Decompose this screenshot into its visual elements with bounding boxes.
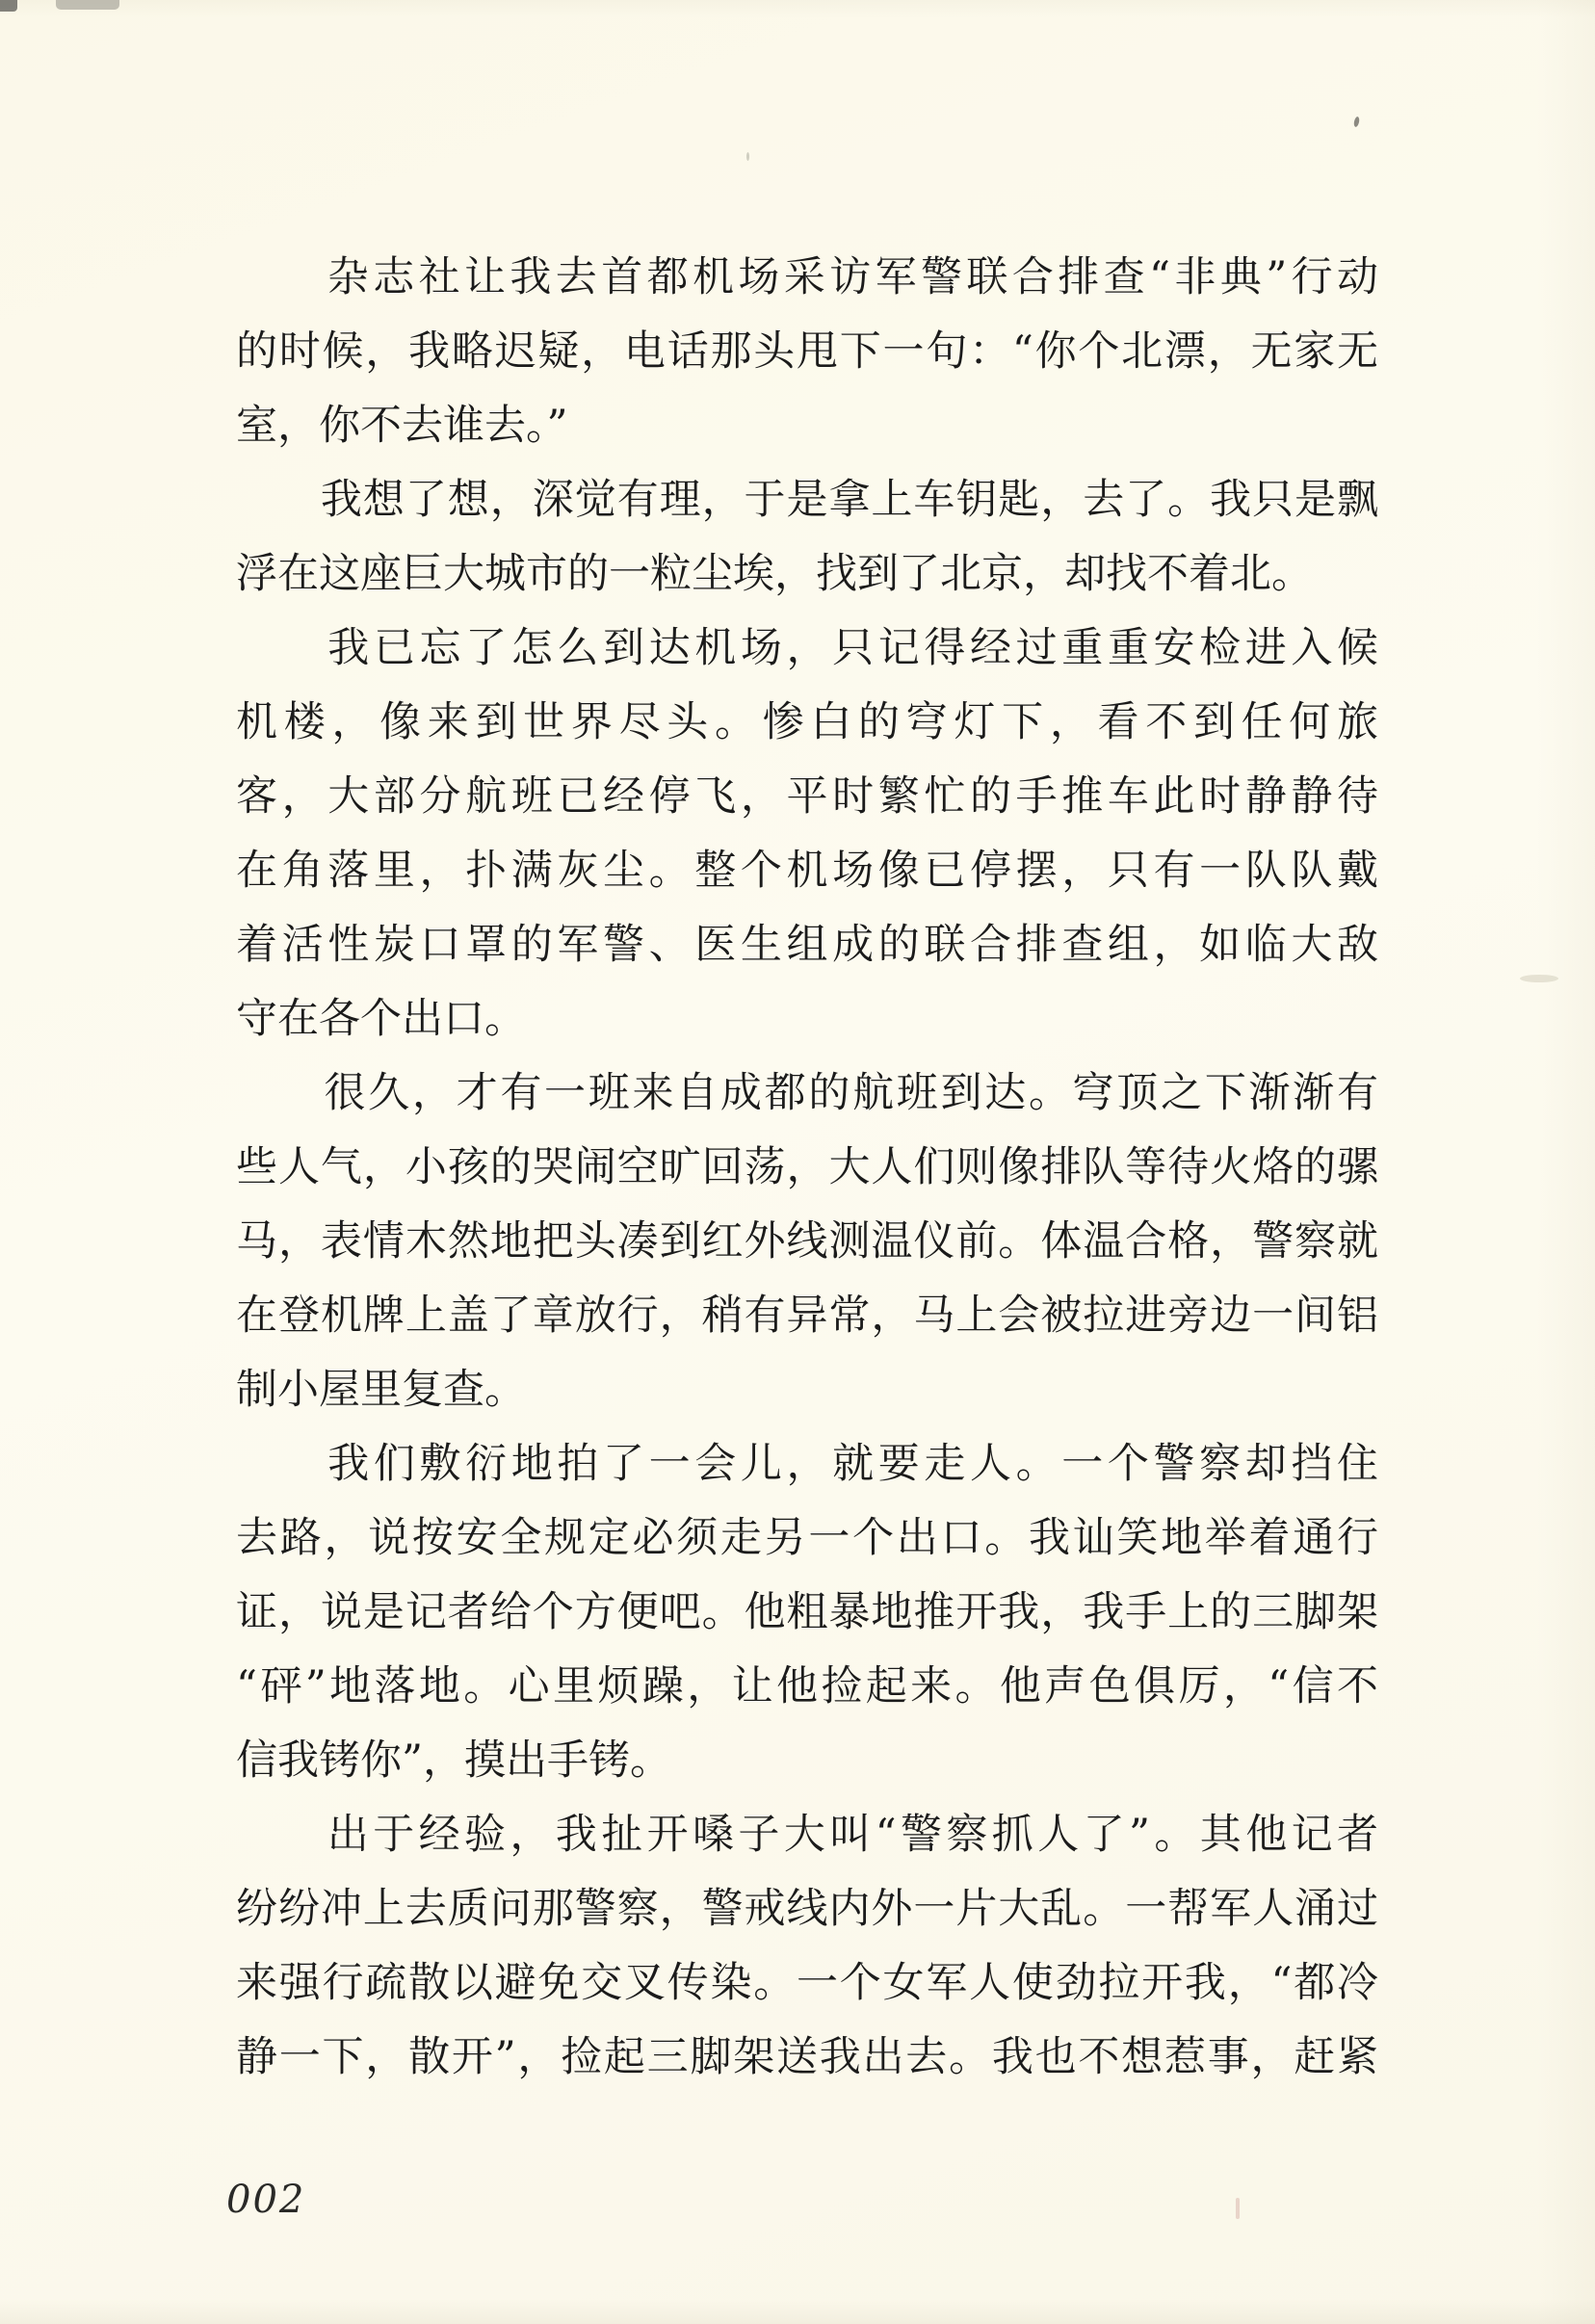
text-line: 些人气，小孩的哭闹空旷回荡，大人们则像排队等待火烙的骡 [236,1131,1378,1205]
scan-smudge [1520,975,1558,982]
text-line: 我们敷衍地拍了一会儿，就要走人。一个警察却挡住 [236,1427,1378,1501]
text-line: 证，说是记者给个方便吧。他粗暴地推开我，我手上的三脚架 [236,1576,1378,1650]
text-line: 信我铐你”，摸出手铐。 [236,1724,1378,1798]
scan-smudge [1236,2198,1240,2219]
text-line: 客，大部分航班已经停飞，平时繁忙的手推车此时静静待 [236,760,1378,834]
text-line: 着活性炭口罩的军警、医生组成的联合排查组，如临大敌 [236,908,1378,982]
scan-speck [746,152,749,161]
scan-edge-artifact [0,0,17,12]
text-line: 浮在这座巨大城市的一粒尘埃，找到了北京，却找不着北。 [236,537,1378,612]
text-line: 我已忘了怎么到达机场，只记得经过重重安检进入候 [236,612,1378,686]
text-line: 守在各个出口。 [236,982,1378,1057]
text-line: 很久，才有一班来自成都的航班到达。穹顶之下渐渐有 [236,1057,1378,1131]
text-line: 室，你不去谁去。” [236,389,1378,463]
text-line: 纷纷冲上去质问那警察，警戒线内外一片大乱。一帮军人涌过 [236,1872,1378,1946]
text-line: 制小屋里复查。 [236,1353,1378,1427]
text-line: 的时候，我略迟疑，电话那头甩下一句：“你个北漂，无家无 [236,315,1378,389]
scan-speck [1353,117,1360,128]
text-line: 我想了想，深觉有理，于是拿上车钥匙，去了。我只是飘 [236,463,1378,537]
text-line: 杂志社让我去首都机场采访军警联合排查“非典”行动 [236,241,1378,315]
text-line: “砰”地落地。心里烦躁，让他捡起来。他声色俱厉，“信不 [236,1650,1378,1724]
page-number: 002 [226,2179,305,2221]
body-text: 杂志社让我去首都机场采访军警联合排查“非典”行动 的时候，我略迟疑，电话那头甩下… [236,241,1378,2095]
text-line: 去路，说按安全规定必须走另一个出口。我讪笑地举着通行 [236,1501,1378,1576]
book-page: 杂志社让我去首都机场采访军警联合排查“非典”行动 的时候，我略迟疑，电话那头甩下… [0,0,1595,2324]
text-line: 马，表情木然地把头凑到红外线测温仪前。体温合格，警察就 [236,1205,1378,1279]
text-line: 机楼，像来到世界尽头。惨白的穹灯下，看不到任何旅 [236,686,1378,760]
scan-edge-artifact [56,0,119,10]
text-line: 在登机牌上盖了章放行，稍有异常，马上会被拉进旁边一间铝 [236,1279,1378,1353]
text-line: 在角落里，扑满灰尘。整个机场像已停摆，只有一队队戴 [236,834,1378,908]
text-line: 出于经验，我扯开嗓子大叫“警察抓人了”。其他记者 [236,1798,1378,1872]
text-line: 来强行疏散以避免交叉传染。一个女军人使劲拉开我，“都冷 [236,1946,1378,2021]
text-line: 静一下，散开”，捡起三脚架送我出去。我也不想惹事，赶紧 [236,2021,1378,2095]
